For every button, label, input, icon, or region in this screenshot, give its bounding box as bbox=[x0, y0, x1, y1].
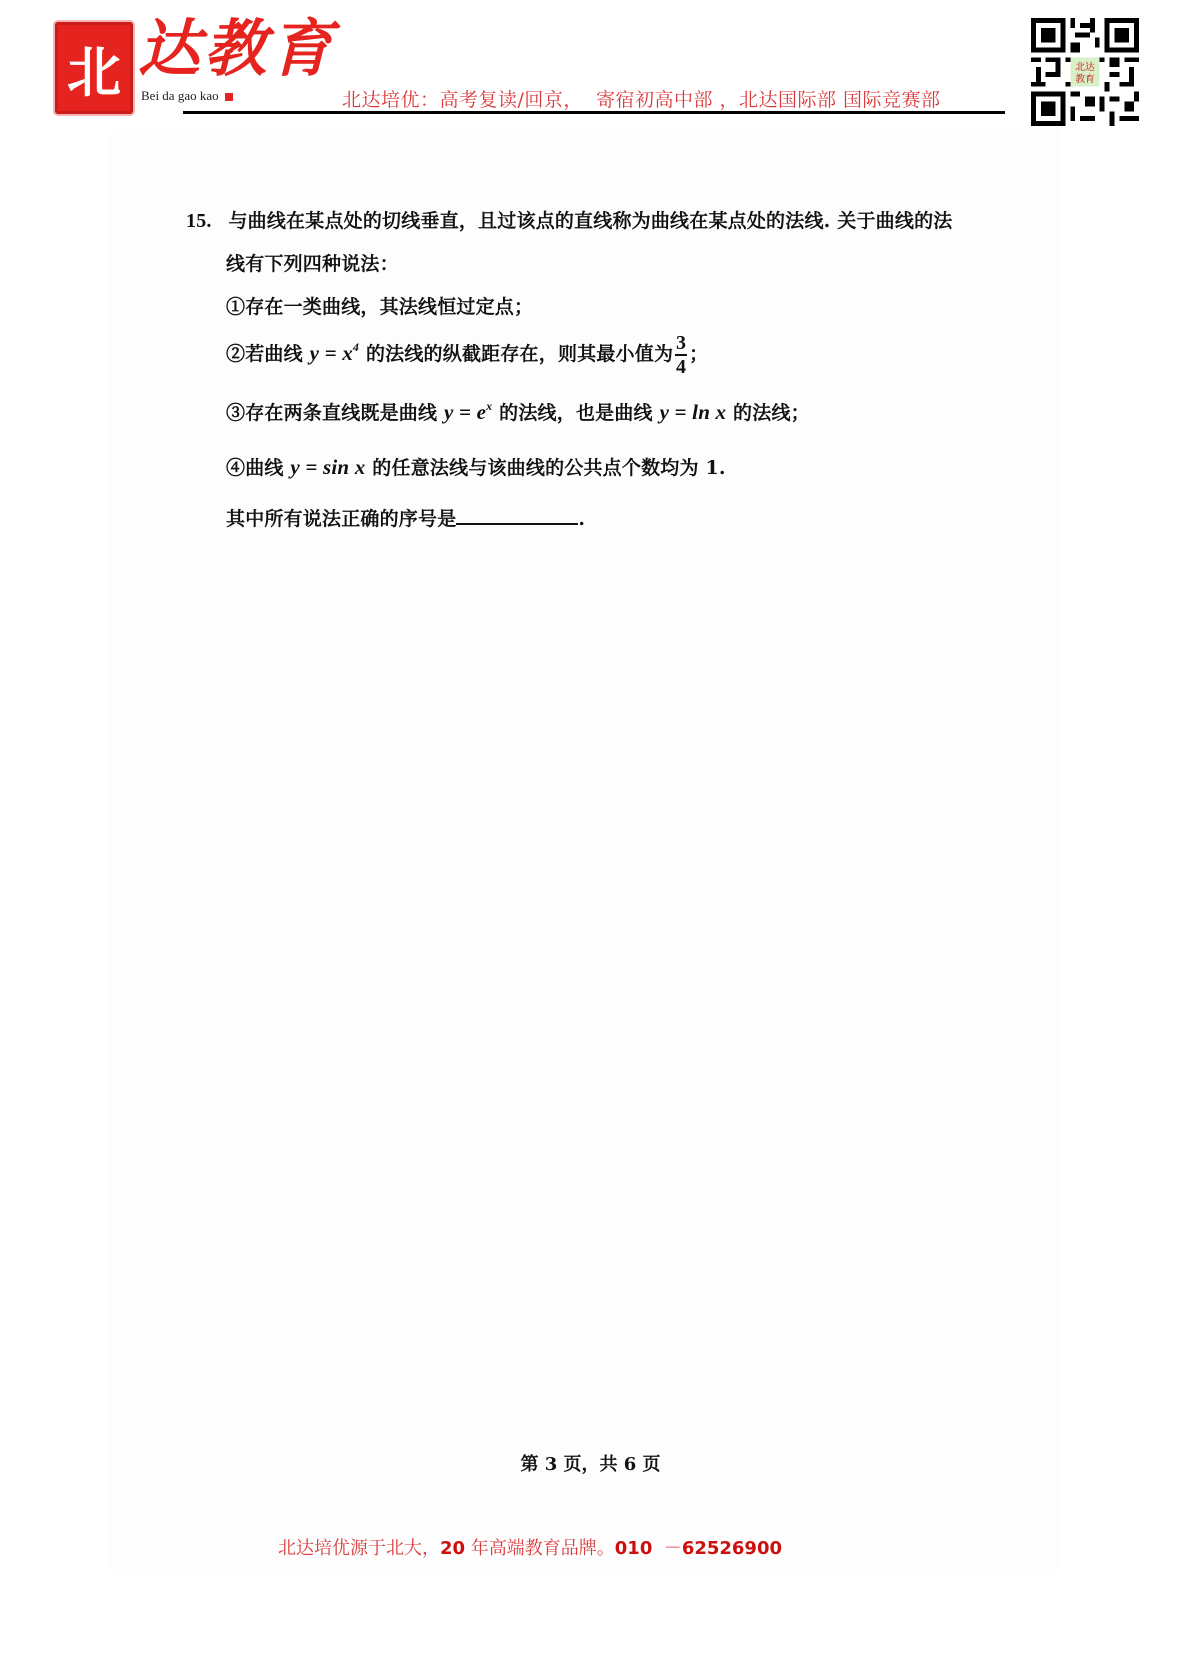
statement-1: ①存在一类曲线，其法线恒过定点； bbox=[226, 292, 533, 319]
statement-3-formula-2: y = ln x bbox=[660, 400, 727, 424]
conclusion-text: 其中所有说法正确的序号是 bbox=[226, 508, 456, 530]
footer-text-1: 北达培优源于北大， bbox=[278, 1538, 440, 1559]
statement-2-post: ； bbox=[689, 343, 708, 365]
statement-4-marker: ④ bbox=[226, 457, 245, 479]
statement-3-formula-1: y = e bbox=[444, 400, 486, 424]
logo-mark-char: 北 bbox=[67, 30, 121, 107]
statement-4-formula: y = sin x bbox=[290, 455, 365, 479]
answer-blank[interactable] bbox=[456, 505, 578, 525]
footer-phone-area: 010 bbox=[615, 1538, 653, 1559]
logo-text: 达教育 bbox=[138, 18, 336, 80]
question-stem-text-1: 与曲线在某点处的切线垂直，且过该点的直线称为曲线在某点处的法线. 关于曲线的法 bbox=[228, 210, 952, 232]
statement-4-pre: 曲线 bbox=[245, 457, 290, 479]
statement-1-text: 存在一类曲线，其法线恒过定点； bbox=[245, 296, 533, 318]
svg-text:北达: 北达 bbox=[1075, 60, 1095, 73]
qr-code-icon: 北达 教育 bbox=[1030, 18, 1140, 126]
statement-2-pre: 若曲线 bbox=[245, 343, 309, 365]
footer-text-2: 年高端教育品牌。 bbox=[465, 1538, 615, 1559]
statement-3-post: 的法线； bbox=[726, 402, 810, 424]
statement-4: ④曲线 y = sin x 的任意法线与该曲线的公共点个数均为 1. bbox=[226, 453, 726, 480]
logo-mark: 北 bbox=[55, 22, 133, 114]
statement-2-formula: y = x bbox=[310, 341, 353, 365]
question-conclusion: 其中所有说法正确的序号是. bbox=[226, 504, 585, 531]
footer-phone-sep: － bbox=[652, 1538, 681, 1559]
page-indicator: 第 3 页，共 6 页 bbox=[0, 1450, 1181, 1476]
statement-4-post: 的任意法线与该曲线的公共点个数均为 1. bbox=[365, 457, 725, 479]
logo-pinyin-text: Bei da gao kao bbox=[141, 88, 219, 103]
logo-pinyin: Bei da gao kao bbox=[141, 88, 233, 104]
statement-2: ②若曲线 y = x4 的法线的纵截距存在，则其最小值为34； bbox=[226, 334, 708, 376]
statement-2-marker: ② bbox=[226, 343, 245, 365]
footer-years: 20 bbox=[440, 1538, 465, 1559]
question-number: 15. bbox=[186, 210, 212, 232]
statement-3-marker: ③ bbox=[226, 402, 245, 424]
svg-text:教育: 教育 bbox=[1075, 72, 1095, 85]
conclusion-period: . bbox=[578, 508, 585, 530]
header-slogan: 北达培优：高考复读/回京， 寄宿初高中部 ，北达国际部 国际竞赛部 bbox=[342, 85, 941, 112]
logo-square-icon bbox=[225, 93, 233, 101]
question-stem-line-2: 线有下列四种说法： bbox=[226, 249, 399, 276]
statement-3-mid: 的法线，也是曲线 bbox=[492, 402, 659, 424]
question-stem-line-1: 15. 与曲线在某点处的切线垂直，且过该点的直线称为曲线在某点处的法线. 关于曲… bbox=[186, 206, 952, 233]
statement-2-mid: 的法线的纵截距存在，则其最小值为 bbox=[359, 343, 673, 365]
statement-3-pre: 存在两条直线既是曲线 bbox=[245, 402, 444, 424]
footer-ad: 北达培优源于北大，20 年高端教育品牌。010 －62526900 bbox=[0, 1534, 1060, 1560]
statement-1-marker: ① bbox=[226, 296, 245, 318]
fraction-three-quarters: 34 bbox=[675, 334, 687, 376]
statement-3: ③存在两条直线既是曲线 y = ex 的法线，也是曲线 y = ln x 的法线… bbox=[226, 398, 810, 425]
fraction-denominator: 4 bbox=[676, 358, 686, 376]
header-divider bbox=[183, 111, 1005, 114]
fraction-numerator: 3 bbox=[676, 334, 686, 352]
footer-phone-number: 62526900 bbox=[682, 1538, 782, 1559]
